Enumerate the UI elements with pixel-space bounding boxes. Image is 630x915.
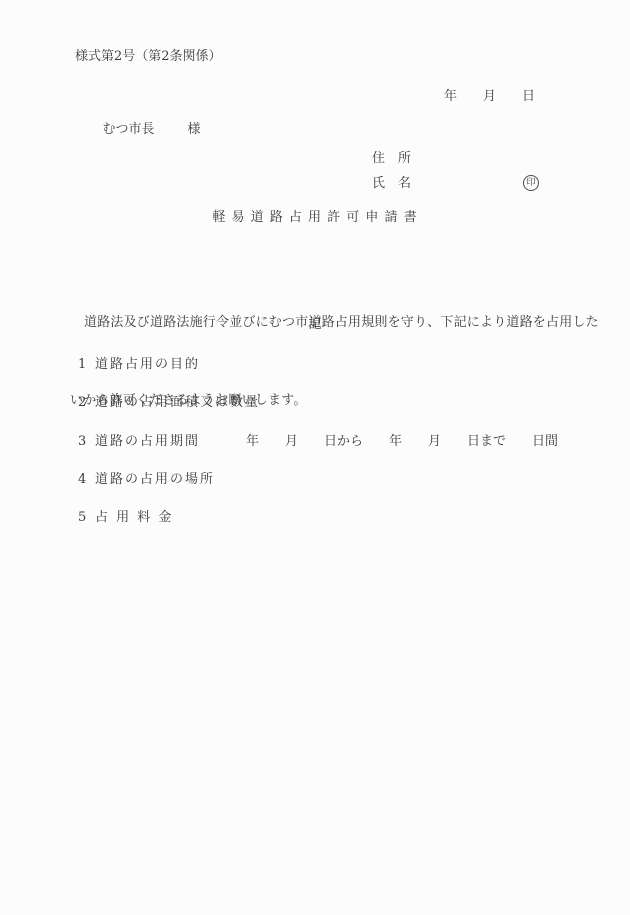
applicant-name-label: 氏 名 bbox=[372, 177, 411, 192]
form-number: 様式第2号（第2条関係） bbox=[75, 50, 222, 65]
item-number: 1 bbox=[78, 358, 95, 371]
item-label: 道路の占用の場所 bbox=[95, 473, 215, 486]
addressee-name: むつ市長 bbox=[103, 122, 155, 137]
date-line: 年 月 日 bbox=[444, 90, 535, 105]
addressee-line: むつ市長様 bbox=[86, 108, 201, 153]
addressee-honorific: 様 bbox=[188, 122, 201, 137]
application-items: 1 道路占用の目的 2 道路の占用面積又は数量 3 道路の占用期間 年 月 日か… bbox=[78, 358, 590, 549]
item-label: 道路の占用面積又は数量 bbox=[95, 396, 260, 409]
item-fee: 5 占 用 料 金 bbox=[78, 511, 590, 524]
item-label: 占 用 料 金 bbox=[95, 511, 173, 524]
item-period-fields: 年 月 日から 年 月 日まで 日間 bbox=[246, 435, 558, 448]
item-label: 道路の占用期間 bbox=[95, 435, 200, 448]
item-area: 2 道路の占用面積又は数量 bbox=[78, 396, 590, 409]
item-location: 4 道路の占用の場所 bbox=[78, 473, 590, 486]
item-number: 2 bbox=[78, 396, 95, 409]
item-number: 4 bbox=[78, 473, 95, 486]
application-form-page: 様式第2号（第2条関係） 年 月 日 むつ市長様 住 所 氏 名 印 軽 易 道… bbox=[0, 0, 630, 915]
item-period: 3 道路の占用期間 年 月 日から 年 月 日まで 日間 bbox=[78, 435, 590, 448]
document-title: 軽 易 道 路 占 用 許 可 申 請 書 bbox=[0, 211, 630, 226]
applicant-address-label: 住 所 bbox=[372, 152, 411, 167]
seal-icon: 印 bbox=[523, 175, 539, 191]
item-label: 道路占用の目的 bbox=[95, 358, 200, 371]
item-number: 5 bbox=[78, 511, 95, 524]
item-purpose: 1 道路占用の目的 bbox=[78, 358, 590, 371]
item-number: 3 bbox=[78, 435, 95, 448]
list-heading: 記 bbox=[0, 318, 630, 333]
